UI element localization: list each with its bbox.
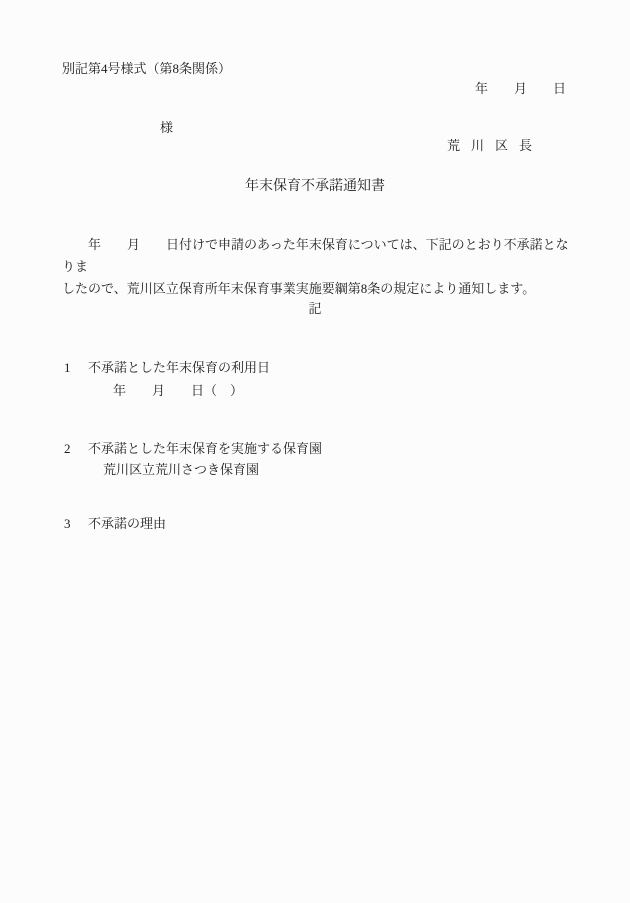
document-page: 別記第4号様式（第8条関係） 年 月 日 様 荒 川 区 長 年末保育不承諾通知… — [0, 0, 630, 903]
document-title: 年末保育不承諾通知書 — [0, 180, 630, 194]
item-2-detail-nursery: 荒川区立荒川さつき保育園 — [103, 463, 259, 476]
item-1-label: 不承諾とした年末保育の利用日 — [88, 361, 270, 374]
item-1-row: 1 不承諾とした年末保育の利用日 — [62, 361, 270, 374]
record-heading: 記 — [0, 302, 630, 315]
item-1-number: 1 — [62, 361, 88, 374]
item-1-detail-date: 年 月 日（ ） — [113, 384, 243, 397]
body-paragraph: 年 月 日付けで申請のあった年末保育については、下記のとおり不承諾となりま した… — [62, 234, 574, 300]
item-2-row: 2 不承諾とした年末保育を実施する保育園 — [62, 442, 322, 455]
item-3-number: 3 — [62, 517, 88, 530]
form-number-label: 別記第4号様式（第8条関係） — [62, 62, 231, 75]
issue-date-line: 年 月 日 — [475, 82, 566, 95]
item-3-label: 不承諾の理由 — [88, 517, 166, 530]
item-2-number: 2 — [62, 442, 88, 455]
item-2-label: 不承諾とした年末保育を実施する保育園 — [88, 442, 322, 455]
item-3-row: 3 不承諾の理由 — [62, 517, 166, 530]
sender-title: 荒 川 区 長 — [447, 139, 531, 152]
addressee-honorific: 様 — [160, 121, 173, 134]
